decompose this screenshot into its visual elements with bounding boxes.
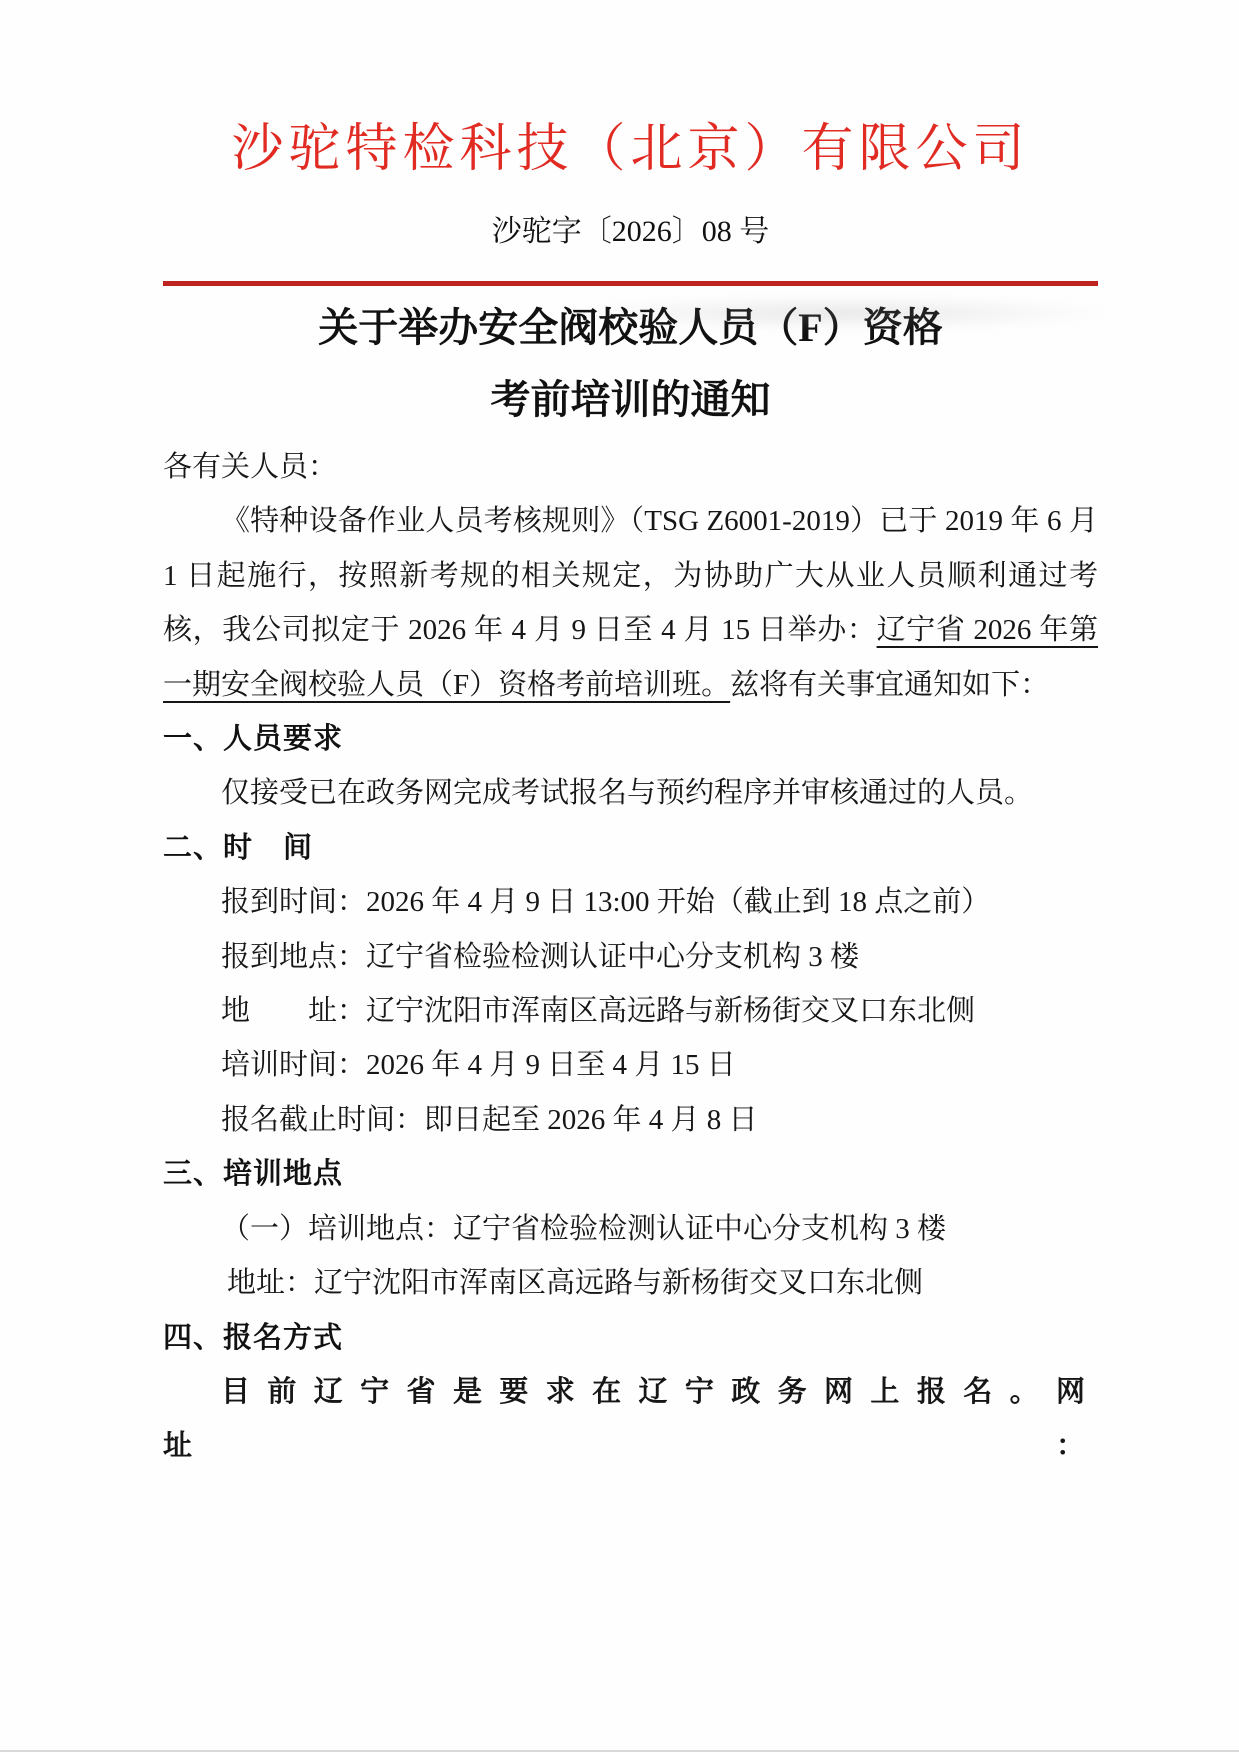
section-3-heading: 三、培训地点 <box>163 1147 1098 1201</box>
salutation: 各有关人员： <box>163 440 1098 494</box>
section-1-line-1: 仅接受已在政务网完成考试报名与预约程序并审核通过的人员。 <box>163 766 1098 820</box>
notice-body: 各有关人员： 《特种设备作业人员考核规则》（TSG Z6001-2019）已于 … <box>163 440 1098 1474</box>
company-name: 沙驼特检科技（北京）有限公司 <box>163 0 1098 182</box>
section-2-line-training-time: 培训时间：2026 年 4 月 9 日至 4 月 15 日 <box>163 1038 1098 1092</box>
section-4-heading: 四、报名方式 <box>163 1311 1098 1365</box>
section-2-line-address: 地 址：辽宁沈阳市浑南区高远路与新杨街交叉口东北侧 <box>163 984 1098 1038</box>
section-2-heading: 二、时 间 <box>163 821 1098 875</box>
intro-paragraph: 《特种设备作业人员考核规则》（TSG Z6001-2019）已于 2019 年 … <box>163 494 1098 712</box>
intro-text-after: 兹将有关事宜通知如下： <box>730 669 1049 701</box>
document-content: 沙驼特检科技（北京）有限公司 沙驼字〔2026〕08 号 关于举办安全阀校验人员… <box>0 0 1239 1474</box>
red-separator-line <box>163 281 1098 286</box>
section-2-line-registration-time: 报到时间：2026 年 4 月 9 日 13:00 开始（截止到 18 点之前） <box>163 875 1098 929</box>
section-3-line-training-place: （一）培训地点：辽宁省检验检测认证中心分支机构 3 楼 <box>163 1202 1098 1256</box>
notice-title-line-1: 关于举办安全阀校验人员（F）资格 <box>163 292 1098 364</box>
notice-document-page: 沙驼特检科技（北京）有限公司 沙驼字〔2026〕08 号 关于举办安全阀校验人员… <box>0 0 1239 1752</box>
notice-title-line-2: 考前培训的通知 <box>163 364 1098 436</box>
section-2-line-registration-place: 报到地点：辽宁省检验检测认证中心分支机构 3 楼 <box>163 930 1098 984</box>
section-1-heading: 一、人员要求 <box>163 712 1098 766</box>
section-4-line-signup-method: 目前辽宁省是要求在辽宁政务网上报名。网址： <box>163 1365 1098 1474</box>
section-2-line-signup-deadline: 报名截止时间：即日起至 2026 年 4 月 8 日 <box>163 1093 1098 1147</box>
section-3-line-address: 地址：辽宁沈阳市浑南区高远路与新杨街交叉口东北侧 <box>163 1256 1098 1310</box>
notice-title: 关于举办安全阀校验人员（F）资格 考前培训的通知 <box>163 292 1098 436</box>
document-number: 沙驼字〔2026〕08 号 <box>163 212 1098 252</box>
